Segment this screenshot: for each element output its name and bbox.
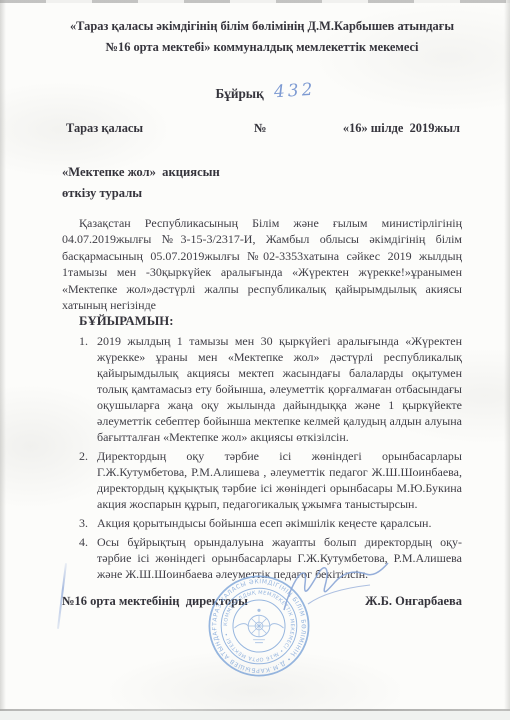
order-number-handwritten: 432 — [273, 80, 316, 103]
order-items-list: 1. 2019 жылдың 1 тамызы мен 30 қыркүйегі… — [62, 333, 462, 585]
item-text: Директордың оқу тәрбие ісі жөніндегі оры… — [97, 448, 462, 512]
item-number: 2. — [79, 448, 97, 512]
director-signature-icon — [278, 558, 394, 622]
order-verb: БҰЙЫРАМЫН: — [79, 314, 479, 329]
item-number: 1. — [79, 333, 97, 445]
subject-line-2: өткізу туралы — [62, 183, 462, 204]
order-title-line: Бұйрық 432 — [62, 83, 462, 103]
order-preamble: Қазақстан Республикасының Білім және ғыл… — [62, 215, 462, 313]
order-subject: «Мектепке жол» акциясын өткізу туралы — [62, 162, 462, 204]
order-date: «16» шілде 2019жыл — [343, 121, 460, 136]
city-label: Тараз қаласы — [66, 121, 143, 136]
item-number: 4. — [79, 534, 97, 582]
item-number: 3. — [79, 515, 97, 531]
item-text: 2019 жылдың 1 тамызы мен 30 қыркүйегі ар… — [97, 333, 462, 445]
order-meta-row: Тараз қаласы № «16» шілде 2019жыл — [62, 121, 462, 139]
order-label: Бұйрық — [216, 86, 264, 101]
scan-edge-left — [0, 0, 6, 720]
subject-line-1: «Мектепке жол» акциясын — [62, 162, 462, 183]
scan-edge-top — [0, 0, 510, 3]
coat-of-arms-emblem-icon — [234, 609, 283, 643]
organization-title: «Тараз қаласы әкімдігінің білім бөліміні… — [62, 16, 462, 58]
item-text: Акция қорытындысы бойынша есеп әкімшілік… — [97, 515, 462, 531]
scan-edge-right — [504, 0, 510, 720]
order-item: 1. 2019 жылдың 1 тамызы мен 30 қыркүйегі… — [62, 333, 462, 445]
scan-background-strip — [0, 711, 510, 720]
order-item: 3. Акция қорытындысы бойынша есеп әкімші… — [62, 515, 462, 531]
number-symbol: № — [254, 121, 266, 136]
order-item: 2. Директордың оқу тәрбие ісі жөніндегі … — [62, 448, 462, 512]
scanned-order-document: «Тараз қаласы әкімдігінің білім бөліміні… — [0, 0, 510, 720]
